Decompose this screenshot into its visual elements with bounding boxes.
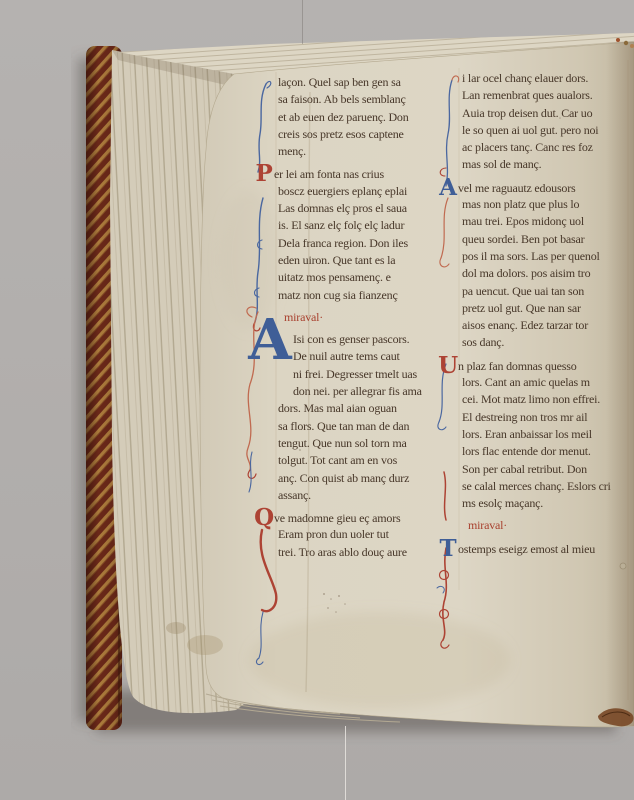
line-text: cei. Mot matz limo non effrei. [462, 392, 600, 406]
text-line: pos il ma sors. Las per quenol [462, 248, 628, 265]
line-text: Dela franca region. Don iles [278, 236, 408, 250]
text-line: Qve madomne gieu eç amors [278, 509, 432, 526]
text-line: ni frei. Degresser tmelt uas [278, 366, 432, 383]
stain-small [166, 622, 186, 634]
text-line: mau trei. Epos midonç uol [462, 213, 628, 230]
line-text: Son per cabal retribut. Don [462, 462, 587, 476]
line-text: ac placers tanç. Canc res foz [462, 140, 593, 154]
text-line: Auia trop deisen dut. Car uo [462, 105, 628, 122]
text-line: pretz uol gut. Que nan sar [462, 300, 628, 317]
hanging-thread-bottom [345, 726, 346, 800]
line-text: se calal merces chanç. Eslors cri [462, 479, 611, 493]
text-line: matz non cug sia fianzenç [278, 287, 432, 304]
text-line: Dela franca region. Don iles [278, 235, 432, 252]
stain [187, 635, 223, 655]
line-text: vel me raguautz edousors [458, 181, 576, 195]
text-line: tolgut. Tot cant am en vos [278, 452, 432, 469]
text-line: i lar ocel chanç elauer dors. [462, 70, 628, 87]
line-text: lors flac entende dor menut. [462, 444, 591, 458]
line-text: i lar ocel chanç elauer dors. [462, 71, 588, 85]
line-text: aisos enanç. Edez tarzar tor [462, 318, 588, 332]
line-text: uitatz mos pensamenç. e [278, 270, 391, 284]
line-text: miraval· [468, 518, 507, 532]
text-line: tengut. Que nun sol torn ma [278, 435, 432, 452]
line-text: ve madomne gieu eç amors [274, 511, 401, 525]
text-line: boscz euergiers eplanç eplai [278, 183, 432, 200]
line-text: trei. Tro aras ablo douç aure [278, 545, 407, 559]
text-line: is. El sanz elç folç elç ladur [278, 217, 432, 234]
line-text: creis sos pretz esos captene [278, 127, 404, 141]
text-line: menç. [278, 143, 432, 160]
line-text: tolgut. Tot cant am en vos [278, 453, 397, 467]
line-text: anç. Con quist ab manç durz [278, 471, 409, 485]
text-line: lors. Eran anbaissar los meil [462, 426, 628, 443]
illuminated-initial-A: A [248, 310, 292, 372]
text-line: aisos enanç. Edez tarzar tor [462, 317, 628, 334]
rubric-line: miraval· [278, 309, 432, 326]
text-line: El destreing non tros mr ail [462, 409, 628, 426]
line-text: lors. Eran anbaissar los meil [462, 427, 592, 441]
text-line: anç. Con quist ab manç durz [278, 470, 432, 487]
line-text: dors. Mas mal aian oguan [278, 401, 397, 415]
line-text: tengut. Que nun sol torn ma [278, 436, 407, 450]
text-line: dol ma dolors. pos aisim tro [462, 265, 628, 282]
line-text: mas non platz que plus lo [462, 197, 579, 211]
text-line: sos danç. [462, 334, 628, 351]
line-text: le so quen ai uol gut. pero noi [462, 123, 598, 137]
wormhole [620, 563, 626, 569]
text-line: Las domnas elç pros el saua [278, 200, 432, 217]
text-line: uitatz mos pensamenç. e [278, 269, 432, 286]
line-text: lors. Cant an amic quelas m [462, 375, 590, 389]
text-line: cei. Mot matz limo non effrei. [462, 391, 628, 408]
line-text: don nei. per allegrar fis ama [293, 384, 422, 398]
pen-initial: P [254, 165, 274, 182]
text-line: mas sol de manç. [462, 156, 628, 173]
line-text: sa faison. Ab bels semblanç [278, 92, 406, 106]
line-text: ni frei. Degresser tmelt uas [293, 367, 417, 381]
line-text: mau trei. Epos midonç uol [462, 214, 584, 228]
text-line: eden uiron. Que tant es la [278, 252, 432, 269]
pen-initial: Q [254, 509, 274, 526]
text-line: Isi con es genser pascors. [278, 331, 432, 348]
text-line: Eram pron dun uoler tut [278, 526, 432, 543]
line-text: pa uencut. Que uai tan son [462, 284, 584, 298]
line-text: ms esolç maçanç. [462, 496, 543, 510]
text-line: lors flac entende dor menut. [462, 443, 628, 460]
line-text: boscz euergiers eplanç eplai [278, 184, 407, 198]
line-text: eden uiron. Que tant es la [278, 253, 395, 267]
text-line: ac placers tanç. Canc res foz [462, 139, 628, 156]
text-line: Tostemps eseigz emost al mieu [462, 540, 628, 557]
text-line: Un plaz fan domnas quesso [462, 357, 628, 374]
line-text: assanç. [278, 488, 311, 502]
line-text: El destreing non tros mr ail [462, 410, 587, 424]
text-line: queu sordei. Ben pot basar [462, 231, 628, 248]
photograph-of-manuscript-book: { "palette": { "background_gray": "#b1ae… [0, 0, 634, 800]
line-text: Las domnas elç pros el saua [278, 201, 407, 215]
text-line: sa flors. Que tan man de dan [278, 418, 432, 435]
line-text: De nuil autre tems caut [293, 349, 400, 363]
text-line: sa faison. Ab bels semblanç [278, 91, 432, 108]
line-text: er lei am fonta nas crius [274, 167, 384, 181]
text-line: laçon. Quel sap ben gen sa [278, 74, 432, 91]
text-line: creis sos pretz esos captene [278, 126, 432, 143]
text-line: le so quen ai uol gut. pero noi [462, 122, 628, 139]
text-line: assanç. [278, 487, 432, 504]
text-line: dors. Mas mal aian oguan [278, 400, 432, 417]
text-line: Per lei am fonta nas crius [278, 165, 432, 182]
line-text: is. El sanz elç folç elç ladur [278, 218, 404, 232]
right-text-column: i lar ocel chanç elauer dors.Lan remenbr… [462, 70, 628, 557]
left-text-column: laçon. Quel sap ben gen sasa faison. Ab … [278, 74, 432, 561]
text-line: Avel me raguautz edousors [462, 179, 628, 196]
line-text: n plaz fan domnas quesso [458, 359, 577, 373]
line-text: pos il ma sors. Las per quenol [462, 249, 600, 263]
rubric-line: miraval· [462, 517, 628, 534]
text-line: ms esolç maçanç. [462, 495, 628, 512]
line-text: Lan remenbrat ques aualors. [462, 88, 593, 102]
text-line: lors. Cant an amic quelas m [462, 374, 628, 391]
text-line: Son per cabal retribut. Don [462, 461, 628, 478]
text-line: se calal merces chanç. Eslors cri [462, 478, 628, 495]
text-line: don nei. per allegrar fis ama [278, 383, 432, 400]
line-text: Isi con es genser pascors. [293, 332, 409, 346]
line-text: Eram pron dun uoler tut [278, 527, 389, 541]
pen-initial: T [438, 540, 458, 557]
text-line: Lan remenbrat ques aualors. [462, 87, 628, 104]
line-text: et ab euen dez paruenç. Don [278, 110, 409, 124]
line-text: sa flors. Que tan man de dan [278, 419, 409, 433]
line-text: menç. [278, 144, 306, 158]
line-text: ostemps eseigz emost al mieu [458, 542, 595, 556]
text-line: et ab euen dez paruenç. Don [278, 109, 432, 126]
pen-initial: A [438, 179, 458, 196]
parchment-shading [250, 612, 510, 708]
hanging-thread-top [302, 0, 303, 44]
text-line: De nuil autre tems caut [278, 348, 432, 365]
line-text: queu sordei. Ben pot basar [462, 232, 584, 246]
line-text: pretz uol gut. Que nan sar [462, 301, 581, 315]
pen-initial: U [438, 357, 458, 374]
text-line: pa uencut. Que uai tan son [462, 283, 628, 300]
line-text: dol ma dolors. pos aisim tro [462, 266, 590, 280]
line-text: mas sol de manç. [462, 157, 541, 171]
text-line: trei. Tro aras ablo douç aure [278, 544, 432, 561]
line-text: Auia trop deisen dut. Car uo [462, 106, 592, 120]
line-text: sos danç. [462, 335, 504, 349]
line-text: laçon. Quel sap ben gen sa [278, 75, 401, 89]
line-text: matz non cug sia fianzenç [278, 288, 398, 302]
text-line: mas non platz que plus lo [462, 196, 628, 213]
